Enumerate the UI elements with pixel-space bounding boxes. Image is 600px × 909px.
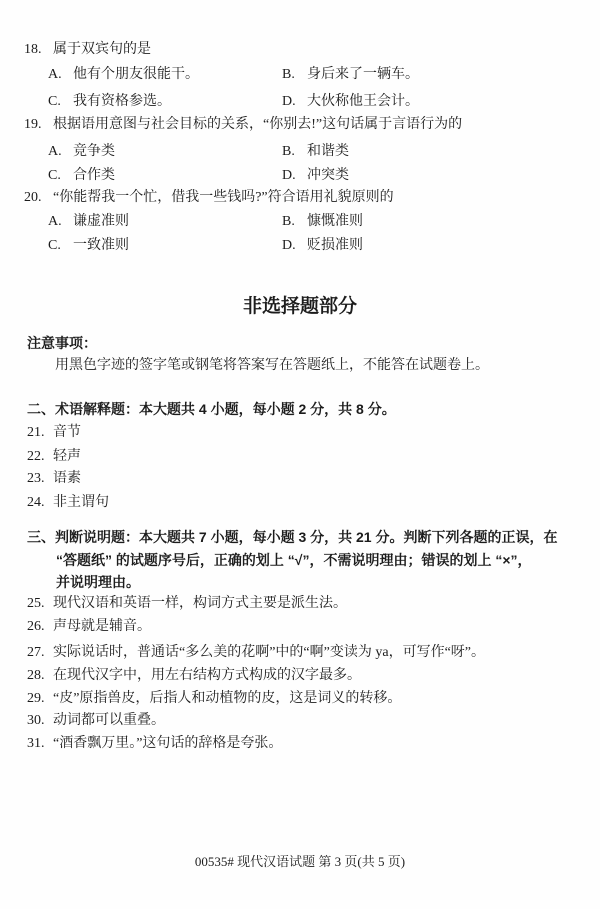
option-label: B. xyxy=(282,66,307,84)
item-number: 21. xyxy=(27,424,53,442)
option-label: D. xyxy=(282,237,307,255)
item-23: 23.语素 xyxy=(27,470,81,488)
option-label: B. xyxy=(282,213,307,231)
question-20-number: 20. xyxy=(24,189,53,207)
exam-page: 18.属于双宾句的是 A.他有个朋友很能干。 B.身后来了一辆车。 C.我有资格… xyxy=(0,0,600,909)
option-text: 贬损准则 xyxy=(307,238,363,253)
item-number: 23. xyxy=(27,470,53,488)
item-27: 27.实际说话时，普通话“多么美的花啊”中的“啊”变读为 ya，可写作“呀”。 xyxy=(27,644,485,662)
item-number: 25. xyxy=(27,595,53,613)
option-text: 竞争类 xyxy=(73,144,115,159)
item-31: 31.“酒香飘万里。”这句话的辞格是夸张。 xyxy=(27,735,282,753)
item-number: 27. xyxy=(27,644,53,662)
question-19-option-c: C.合作类 xyxy=(48,167,115,185)
item-29: 29.“皮”原指兽皮，后指人和动植物的皮，这是词义的转移。 xyxy=(27,690,401,708)
item-text: 在现代汉字中，用左右结构方式构成的汉字最多。 xyxy=(53,668,361,683)
question-19-option-d: D.冲突类 xyxy=(282,167,349,185)
item-number: 24. xyxy=(27,494,53,512)
question-18-option-a: A.他有个朋友很能干。 xyxy=(48,66,199,84)
section-3-header-line-3: 并说明理由。 xyxy=(56,573,140,591)
item-28: 28.在现代汉字中，用左右结构方式构成的汉字最多。 xyxy=(27,667,361,685)
option-label: A. xyxy=(48,66,73,84)
option-label: A. xyxy=(48,143,73,161)
question-18-number: 18. xyxy=(24,41,53,59)
item-text: 音节 xyxy=(53,425,81,440)
question-20-option-a: A.谦虚准则 xyxy=(48,213,129,231)
section-2-header: 二、术语解释题：本大题共 4 小题，每小题 2 分，共 8 分。 xyxy=(27,400,396,418)
item-text: “酒香飘万里。”这句话的辞格是夸张。 xyxy=(53,736,282,751)
item-text: “皮”原指兽皮，后指人和动植物的皮，这是词义的转移。 xyxy=(53,691,401,706)
option-text: 慷慨准则 xyxy=(307,214,363,229)
option-label: B. xyxy=(282,143,307,161)
option-text: 谦虚准则 xyxy=(73,214,129,229)
notice-body: 用黑色字迹的签字笔或钢笔将答案写在答题纸上，不能答在试题卷上。 xyxy=(55,357,489,375)
option-text: 合作类 xyxy=(73,168,115,183)
option-text: 我有资格参选。 xyxy=(73,94,171,109)
item-21: 21.音节 xyxy=(27,424,81,442)
option-label: A. xyxy=(48,213,73,231)
option-text: 一致准则 xyxy=(73,238,129,253)
item-text: 动词都可以重叠。 xyxy=(53,713,165,728)
question-19-option-b: B.和谐类 xyxy=(282,143,349,161)
item-26: 26.声母就是辅音。 xyxy=(27,618,151,636)
item-number: 29. xyxy=(27,690,53,708)
question-20-option-b: B.慷慨准则 xyxy=(282,213,363,231)
item-number: 30. xyxy=(27,712,53,730)
question-18-option-c: C.我有资格参选。 xyxy=(48,93,171,111)
question-18: 18.属于双宾句的是 xyxy=(24,41,151,59)
item-24: 24.非主谓句 xyxy=(27,494,109,512)
item-25: 25.现代汉语和英语一样，构词方式主要是派生法。 xyxy=(27,595,347,613)
item-text: 现代汉语和英语一样，构词方式主要是派生法。 xyxy=(53,596,347,611)
question-19-stem: 根据语用意图与社会目标的关系，“你别去!”这句话属于言语行为的 xyxy=(53,117,462,132)
item-text: 声母就是辅音。 xyxy=(53,619,151,634)
item-number: 31. xyxy=(27,735,53,753)
notice-title: 注意事项： xyxy=(27,334,97,352)
question-20-option-c: C.一致准则 xyxy=(48,237,129,255)
option-label: C. xyxy=(48,237,73,255)
item-30: 30.动词都可以重叠。 xyxy=(27,712,165,730)
question-18-option-b: B.身后来了一辆车。 xyxy=(282,66,419,84)
section-3-header-line-1: 三、判断说明题：本大题共 7 小题，每小题 3 分，共 21 分。判断下列各题的… xyxy=(27,528,557,546)
item-number: 26. xyxy=(27,618,53,636)
item-number: 22. xyxy=(27,448,53,466)
section-heading: 非选择题部分 xyxy=(0,291,600,318)
item-text: 非主谓句 xyxy=(53,495,109,510)
question-20-option-d: D.贬损准则 xyxy=(282,237,363,255)
option-text: 和谐类 xyxy=(307,144,349,159)
option-text: 大伙称他王会计。 xyxy=(307,94,419,109)
question-19-option-a: A.竞争类 xyxy=(48,143,115,161)
option-label: C. xyxy=(48,167,73,185)
item-text: 语素 xyxy=(53,471,81,486)
option-text: 身后来了一辆车。 xyxy=(307,67,419,82)
item-text: 轻声 xyxy=(53,449,81,464)
item-22: 22.轻声 xyxy=(27,448,81,466)
item-text: 实际说话时，普通话“多么美的花啊”中的“啊”变读为 ya，可写作“呀”。 xyxy=(53,645,485,660)
question-19: 19.根据语用意图与社会目标的关系，“你别去!”这句话属于言语行为的 xyxy=(24,116,462,134)
question-18-option-d: D.大伙称他王会计。 xyxy=(282,93,419,111)
question-20: 20.“你能帮我一个忙，借我一些钱吗?”符合语用礼貌原则的 xyxy=(24,189,394,207)
option-text: 他有个朋友很能干。 xyxy=(73,67,199,82)
question-18-stem: 属于双宾句的是 xyxy=(53,42,151,57)
option-label: D. xyxy=(282,93,307,111)
page-footer: 00535# 现代汉语试题 第 3 页(共 5 页) xyxy=(0,851,600,870)
question-19-number: 19. xyxy=(24,116,53,134)
option-label: C. xyxy=(48,93,73,111)
item-number: 28. xyxy=(27,667,53,685)
question-20-stem: “你能帮我一个忙，借我一些钱吗?”符合语用礼貌原则的 xyxy=(53,190,394,205)
option-label: D. xyxy=(282,167,307,185)
option-text: 冲突类 xyxy=(307,168,349,183)
section-3-header-line-2: “答题纸” 的试题序号后，正确的划上 “√”，不需说明理由；错误的划上 “×”， xyxy=(56,551,532,569)
